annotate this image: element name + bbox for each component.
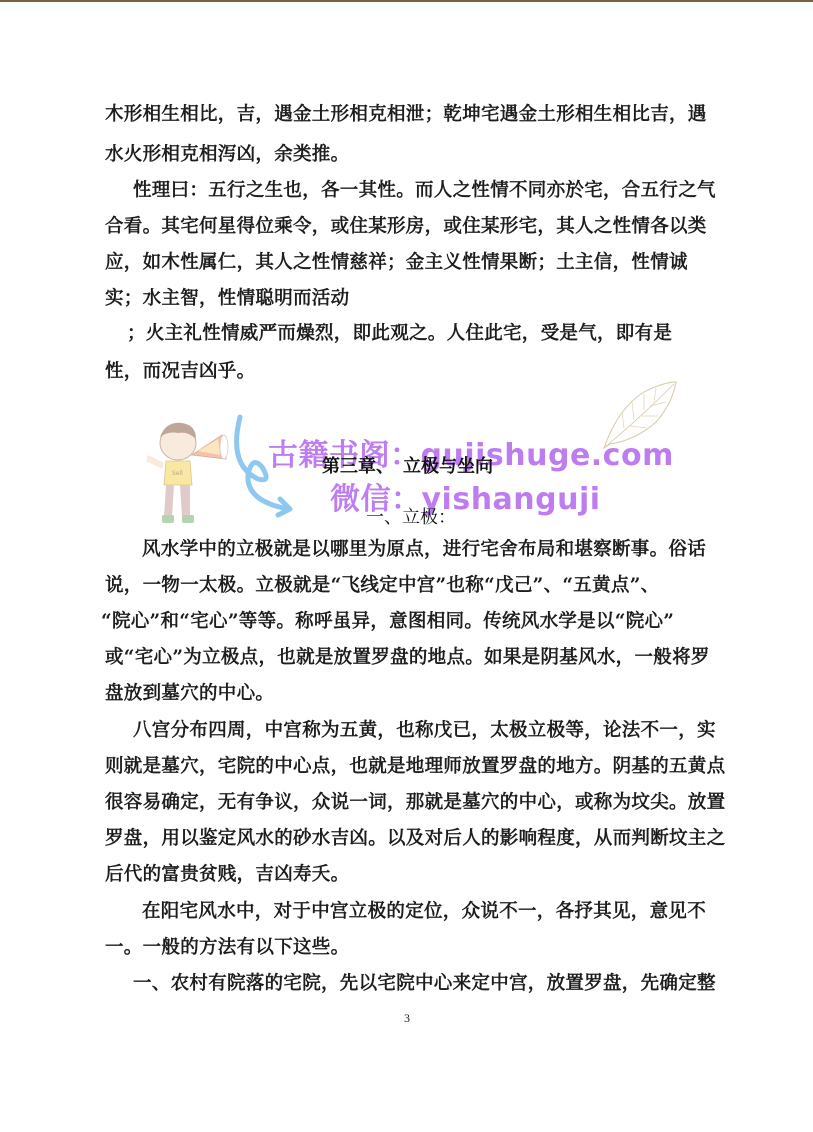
- text-line: 在阳宅风水中，对于中宫立极的定位，众说不一，各抒其见，意见不: [142, 900, 706, 924]
- text-line: 水火形相克相泻凶，余类推。: [105, 143, 349, 167]
- text-line: 木形相生相比，吉，遇金土形相克相泄；乾坤宅遇金土形相生相比吉，遇: [105, 103, 707, 127]
- text-line: 盘放到墓穴的中心。: [105, 682, 274, 706]
- text-line: 说，一物一太极。立极就是“飞线定中宫”也称“戊己”、“五黄点”、: [105, 574, 659, 598]
- text-line: 性，而况吉凶乎。: [105, 360, 255, 384]
- text-line: 后代的富贵贫贱，吉凶寿夭。: [105, 863, 349, 887]
- page-number: 3: [404, 1011, 410, 1026]
- text-line: 一。一般的方法有以下这些。: [105, 936, 349, 960]
- document-page: 木形相生相比，吉，遇金土形相克相泄；乾坤宅遇金土形相生相比吉，遇水火形相克相泻凶…: [0, 0, 813, 1132]
- text-line: 则就是墓穴，宅院的中心点，也就是地理师放置罗盘的地方。阴基的五黄点: [105, 755, 725, 779]
- top-shadow: [0, 2, 813, 16]
- text-line: 一、农村有院落的宅院，先以宅院中心来定中宫，放置罗盘，先确定整: [133, 972, 716, 996]
- text-line: 罗盘，用以鉴定风水的砂水吉凶。以及对后人的影响程度，从而判断坟主之: [105, 827, 725, 851]
- text-line: 实；水主智，性情聪明而活动: [105, 287, 349, 311]
- text-line: “院心”和“宅心”等等。称呼虽异，意图相同。传统风水学是以“院心”: [101, 610, 674, 634]
- text-line: 风水学中的立极就是以哪里为原点，进行宅舍布局和堪察断事。俗话: [142, 538, 706, 562]
- text-line: 性理曰：五行之生也，各一其性。而人之性情不同亦於宅，合五行之气: [133, 179, 716, 203]
- text-line: 很容易确定，无有争议，众说一词，那就是墓穴的中心，或称为坟尖。放置: [105, 791, 725, 815]
- text-line: 或“宅心”为立极点，也就是放置罗盘的地点。如果是阴基风水，一般将罗: [105, 646, 710, 670]
- text-line: 应，如木性属仁，其人之性情慈祥；金主义性情果断；土主信，性情诚: [105, 251, 688, 275]
- text-line: 八宫分布四周，中宫称为五黄，也称戊已，太极立极等，论法不一，实: [133, 719, 716, 743]
- text-line: ；火主礼性情威严而燥烈，即此观之。人住此宅，受是气，即有是: [127, 322, 672, 346]
- text-line: 合看。其宅何星得位乘令，或住某形房，或住某形宅，其人之性情各以类: [105, 215, 707, 239]
- section-heading: 一、立极：: [366, 506, 456, 530]
- svg-text:Sell: Sell: [172, 470, 183, 477]
